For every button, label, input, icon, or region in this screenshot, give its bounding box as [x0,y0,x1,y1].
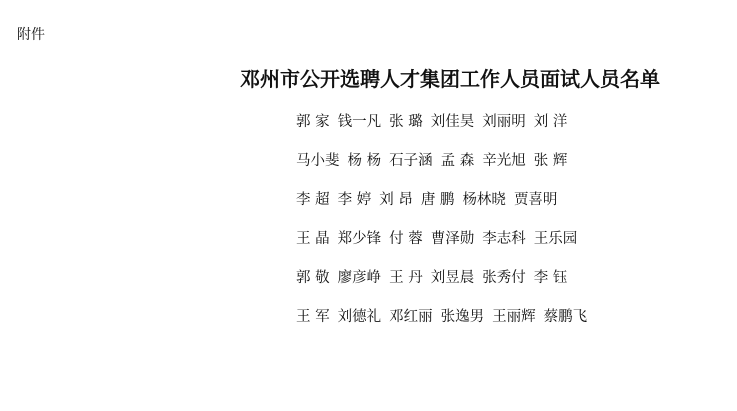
name-row: 郭 家 钱一凡 张 璐 刘佳昊 刘丽明 刘 洋 [296,112,616,151]
candidate-name: 刘丽明 [482,112,526,151]
candidate-name: 刘德礼 [338,307,382,346]
candidate-name: 辛光旭 [482,151,526,190]
attachment-label: 附件 [17,26,45,44]
candidate-name: 郭 家 [296,112,330,151]
interview-name-list: 郭 家 钱一凡 张 璐 刘佳昊 刘丽明 刘 洋 马小斐 杨 杨 石子涵 孟 森 … [296,112,616,346]
candidate-name: 钱一凡 [338,112,382,151]
candidate-name: 王 丹 [389,268,423,307]
candidate-name: 马小斐 [296,151,340,190]
name-row: 郭 敬 廖彦峥 王 丹 刘昱晨 张秀付 李 钰 [296,268,616,307]
candidate-name: 张逸男 [441,307,485,346]
candidate-name: 张秀付 [482,268,526,307]
candidate-name: 孟 森 [441,151,475,190]
candidate-name: 王乐园 [534,229,578,268]
candidate-name: 郑少锋 [338,229,382,268]
candidate-name: 郭 敬 [296,268,330,307]
candidate-name: 张 辉 [534,151,568,190]
candidate-name: 李 婷 [338,190,372,229]
candidate-name: 刘佳昊 [431,112,475,151]
name-row: 王 晶 郑少锋 付 蓉 曹泽勋 李志科 王乐园 [296,229,616,268]
candidate-name: 王 军 [296,307,330,346]
candidate-name: 付 蓉 [389,229,423,268]
name-row: 李 超 李 婷 刘 昂 唐 鹏 杨林晓 贾喜明 [296,190,616,229]
candidate-name: 刘昱晨 [431,268,475,307]
candidate-name: 张 璐 [389,112,423,151]
candidate-name: 廖彦峥 [338,268,382,307]
candidate-name: 唐 鹏 [421,190,455,229]
candidate-name: 曹泽勋 [431,229,475,268]
candidate-name: 杨 杨 [348,151,382,190]
candidate-name: 李志科 [482,229,526,268]
candidate-name: 李 钰 [534,268,568,307]
candidate-name: 贾喜明 [514,190,558,229]
candidate-name: 王 晶 [296,229,330,268]
candidate-name: 王丽辉 [492,307,536,346]
candidate-name: 蔡鹏飞 [544,307,588,346]
candidate-name: 刘 洋 [534,112,568,151]
candidate-name: 杨林晓 [462,190,506,229]
candidate-name: 邓红丽 [389,307,433,346]
document-title: 邓州市公开选聘人才集团工作人员面试人员名单 [240,65,662,93]
name-row: 马小斐 杨 杨 石子涵 孟 森 辛光旭 张 辉 [296,151,616,190]
candidate-name: 李 超 [296,190,330,229]
candidate-name: 刘 昂 [379,190,413,229]
name-row: 王 军 刘德礼 邓红丽 张逸男 王丽辉 蔡鹏飞 [296,307,616,346]
candidate-name: 石子涵 [389,151,433,190]
